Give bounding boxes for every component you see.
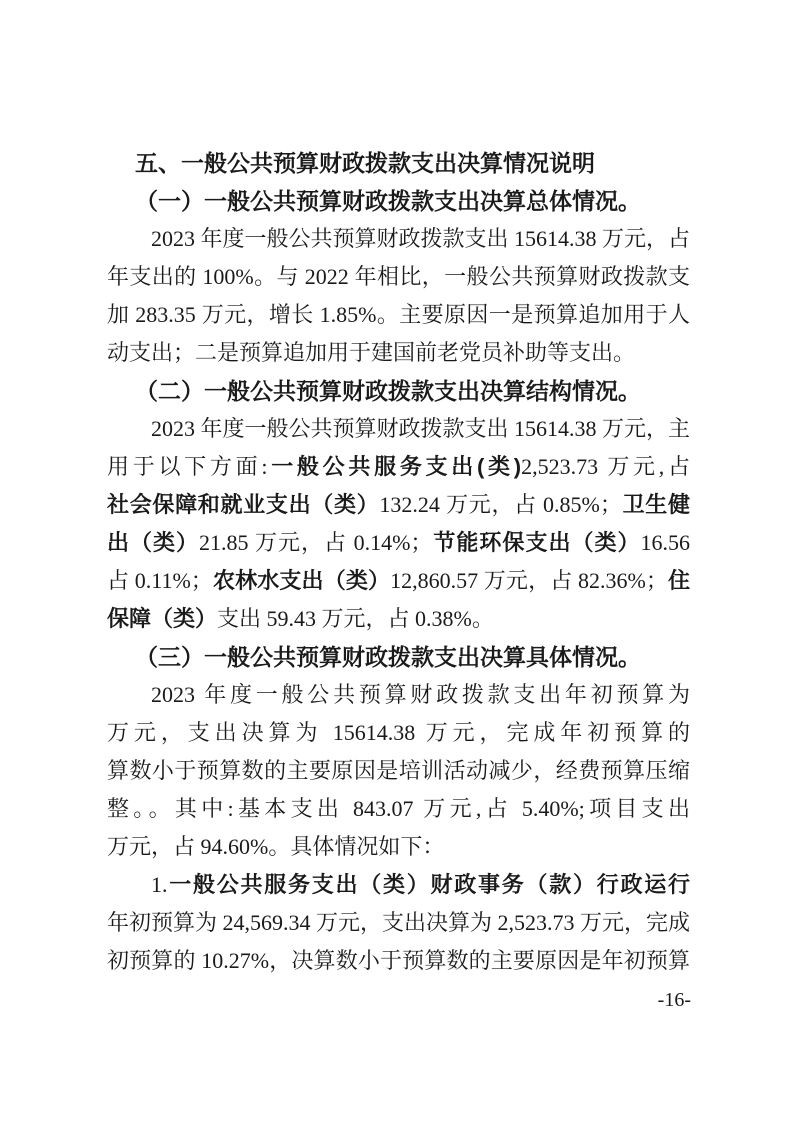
bold-text-segment: 五、一般公共预算财政拨款支出决算情况说明	[135, 150, 595, 176]
text-segment: 年支出的 100%。与 2022 年相比，一般公共预算财政拨款支出增	[107, 264, 690, 296]
text-segment: 占 0.11%；	[107, 568, 213, 593]
text-segment: 初预算的 10.27%，决算数小于预算数的主要原因是年初预算时对	[107, 948, 690, 980]
text-segment: 2023 年度一般公共预算财政拨款支出 15614.38 万元，占本	[107, 226, 690, 258]
paragraph-line: 占 0.11%；农林水支出（类）12,860.57 万元，占 82.36%；住房	[107, 562, 690, 600]
paragraph-line: 2023 年度一般公共预算财政拨款支出 15614.38 万元，占本	[107, 220, 690, 258]
sub-heading-1: （一）一般公共预算财政拨款支出决算总体情况。	[107, 182, 690, 220]
paragraph-line: 年支出的 100%。与 2022 年相比，一般公共预算财政拨款支出增	[107, 258, 690, 296]
page-number: -16-	[658, 988, 691, 1012]
bold-text-segment: 出（类）	[107, 530, 199, 555]
text-segment: 整。。其中:基本支出 843.07 万元,占 5.40%;项目支出 14,771…	[107, 796, 690, 828]
paragraph-line: 社会保障和就业支出（类）132.24 万元，占 0.85%；卫生健康支	[107, 486, 690, 524]
bold-text-segment: 一般公共服务支出(类)	[267, 454, 521, 479]
text-segment: 算数小于预算数的主要原因是培训活动减少，经费预算压缩调	[107, 758, 690, 790]
bold-text-segment: 农林水支出（类）	[213, 568, 390, 593]
paragraph-line: 保障（类）支出 59.43 万元，占 0.38%。	[107, 600, 690, 638]
text-segment: 2023 年度一般公共预算财政拨款支出 15614.38 万元，主要	[107, 416, 690, 448]
bold-text-segment: （三）一般公共预算财政拨款支出决算具体情况。	[135, 644, 641, 670]
paragraph-line: 2023 年度一般公共预算财政拨款支出年初预算为 24713.24	[107, 676, 690, 714]
bold-text-segment: （二）一般公共预算财政拨款支出决算结构情况。	[135, 378, 641, 404]
paragraph-line: 出（类）21.85 万元，占 0.14%；节能环保支出（类）16.56 万元，	[107, 524, 690, 562]
text-segment: 用于以下方面:	[107, 454, 267, 479]
sub-heading-2: （二）一般公共预算财政拨款支出决算结构情况。	[107, 372, 690, 410]
text-segment: 2023 年度一般公共预算财政拨款支出年初预算为 24713.24	[107, 682, 690, 714]
text-segment: 132.24 万元，占 0.85%；	[379, 492, 622, 517]
text-segment: 加 283.35 万元，增长 1.85%。主要原因一是预算追加用于人员调	[107, 302, 690, 334]
text-segment: 21.85 万元，占 0.14%；	[199, 530, 432, 555]
bold-text-segment: 社会保障和就业支出（类）	[107, 492, 379, 517]
paragraph-line: 万元，占 94.60%。具体情况如下：	[107, 828, 690, 866]
paragraph-line: 动支出；二是预算追加用于建国前老党员补助等支出。	[107, 334, 690, 372]
paragraph-line: 1.一般公共服务支出（类）财政事务（款）行政运行（项）。	[107, 866, 690, 904]
paragraph-line: 算数小于预算数的主要原因是培训活动减少，经费预算压缩调	[107, 752, 690, 790]
document-body: 五、一般公共预算财政拨款支出决算情况说明 （一）一般公共预算财政拨款支出决算总体…	[107, 144, 690, 980]
text-segment: 1.	[151, 872, 168, 897]
bold-text-segment: 保障（类）	[107, 606, 217, 631]
text-segment: 万元，占 94.60%。具体情况如下：	[107, 834, 444, 859]
text-segment: 支出 59.43 万元，占 0.38%。	[217, 606, 494, 631]
text-segment: 12,860.57 万元，占 82.36%；	[390, 568, 668, 593]
paragraph-line: 用于以下方面:一般公共服务支出(类)2,523.73 万元,占 16.16%;	[107, 448, 690, 486]
paragraph-line: 万元，支出决算为 15614.38 万元，完成年初预算的 63.18%。决	[107, 714, 690, 752]
paragraph-line: 加 283.35 万元，增长 1.85%。主要原因一是预算追加用于人员调	[107, 296, 690, 334]
text-segment: 万元，支出决算为 15614.38 万元，完成年初预算的 63.18%。决	[107, 720, 690, 752]
bold-text-segment: 一般公共服务支出（类）财政事务（款）行政运行（项）	[107, 872, 690, 904]
paragraph-line: 初预算的 10.27%，决算数小于预算数的主要原因是年初预算时对	[107, 942, 690, 980]
bold-text-segment: 节能环保支出（类）	[432, 530, 640, 555]
section-heading: 五、一般公共预算财政拨款支出决算情况说明	[107, 144, 690, 182]
paragraph-line: 年初预算为 24,569.34 万元，支出决算为 2,523.73 万元，完成年	[107, 904, 690, 942]
paragraph-line: 整。。其中:基本支出 843.07 万元,占 5.40%;项目支出 14,771…	[107, 790, 690, 828]
document-page: 五、一般公共预算财政拨款支出决算情况说明 （一）一般公共预算财政拨款支出决算总体…	[0, 0, 793, 1122]
sub-heading-3: （三）一般公共预算财政拨款支出决算具体情况。	[107, 638, 690, 676]
paragraph-line: 2023 年度一般公共预算财政拨款支出 15614.38 万元，主要	[107, 410, 690, 448]
text-segment: 动支出；二是预算追加用于建国前老党员补助等支出。	[107, 340, 635, 365]
bold-text-segment: （一）一般公共预算财政拨款支出决算总体情况。	[135, 188, 641, 214]
text-segment: 年初预算为 24,569.34 万元，支出决算为 2,523.73 万元，完成年	[107, 910, 690, 942]
